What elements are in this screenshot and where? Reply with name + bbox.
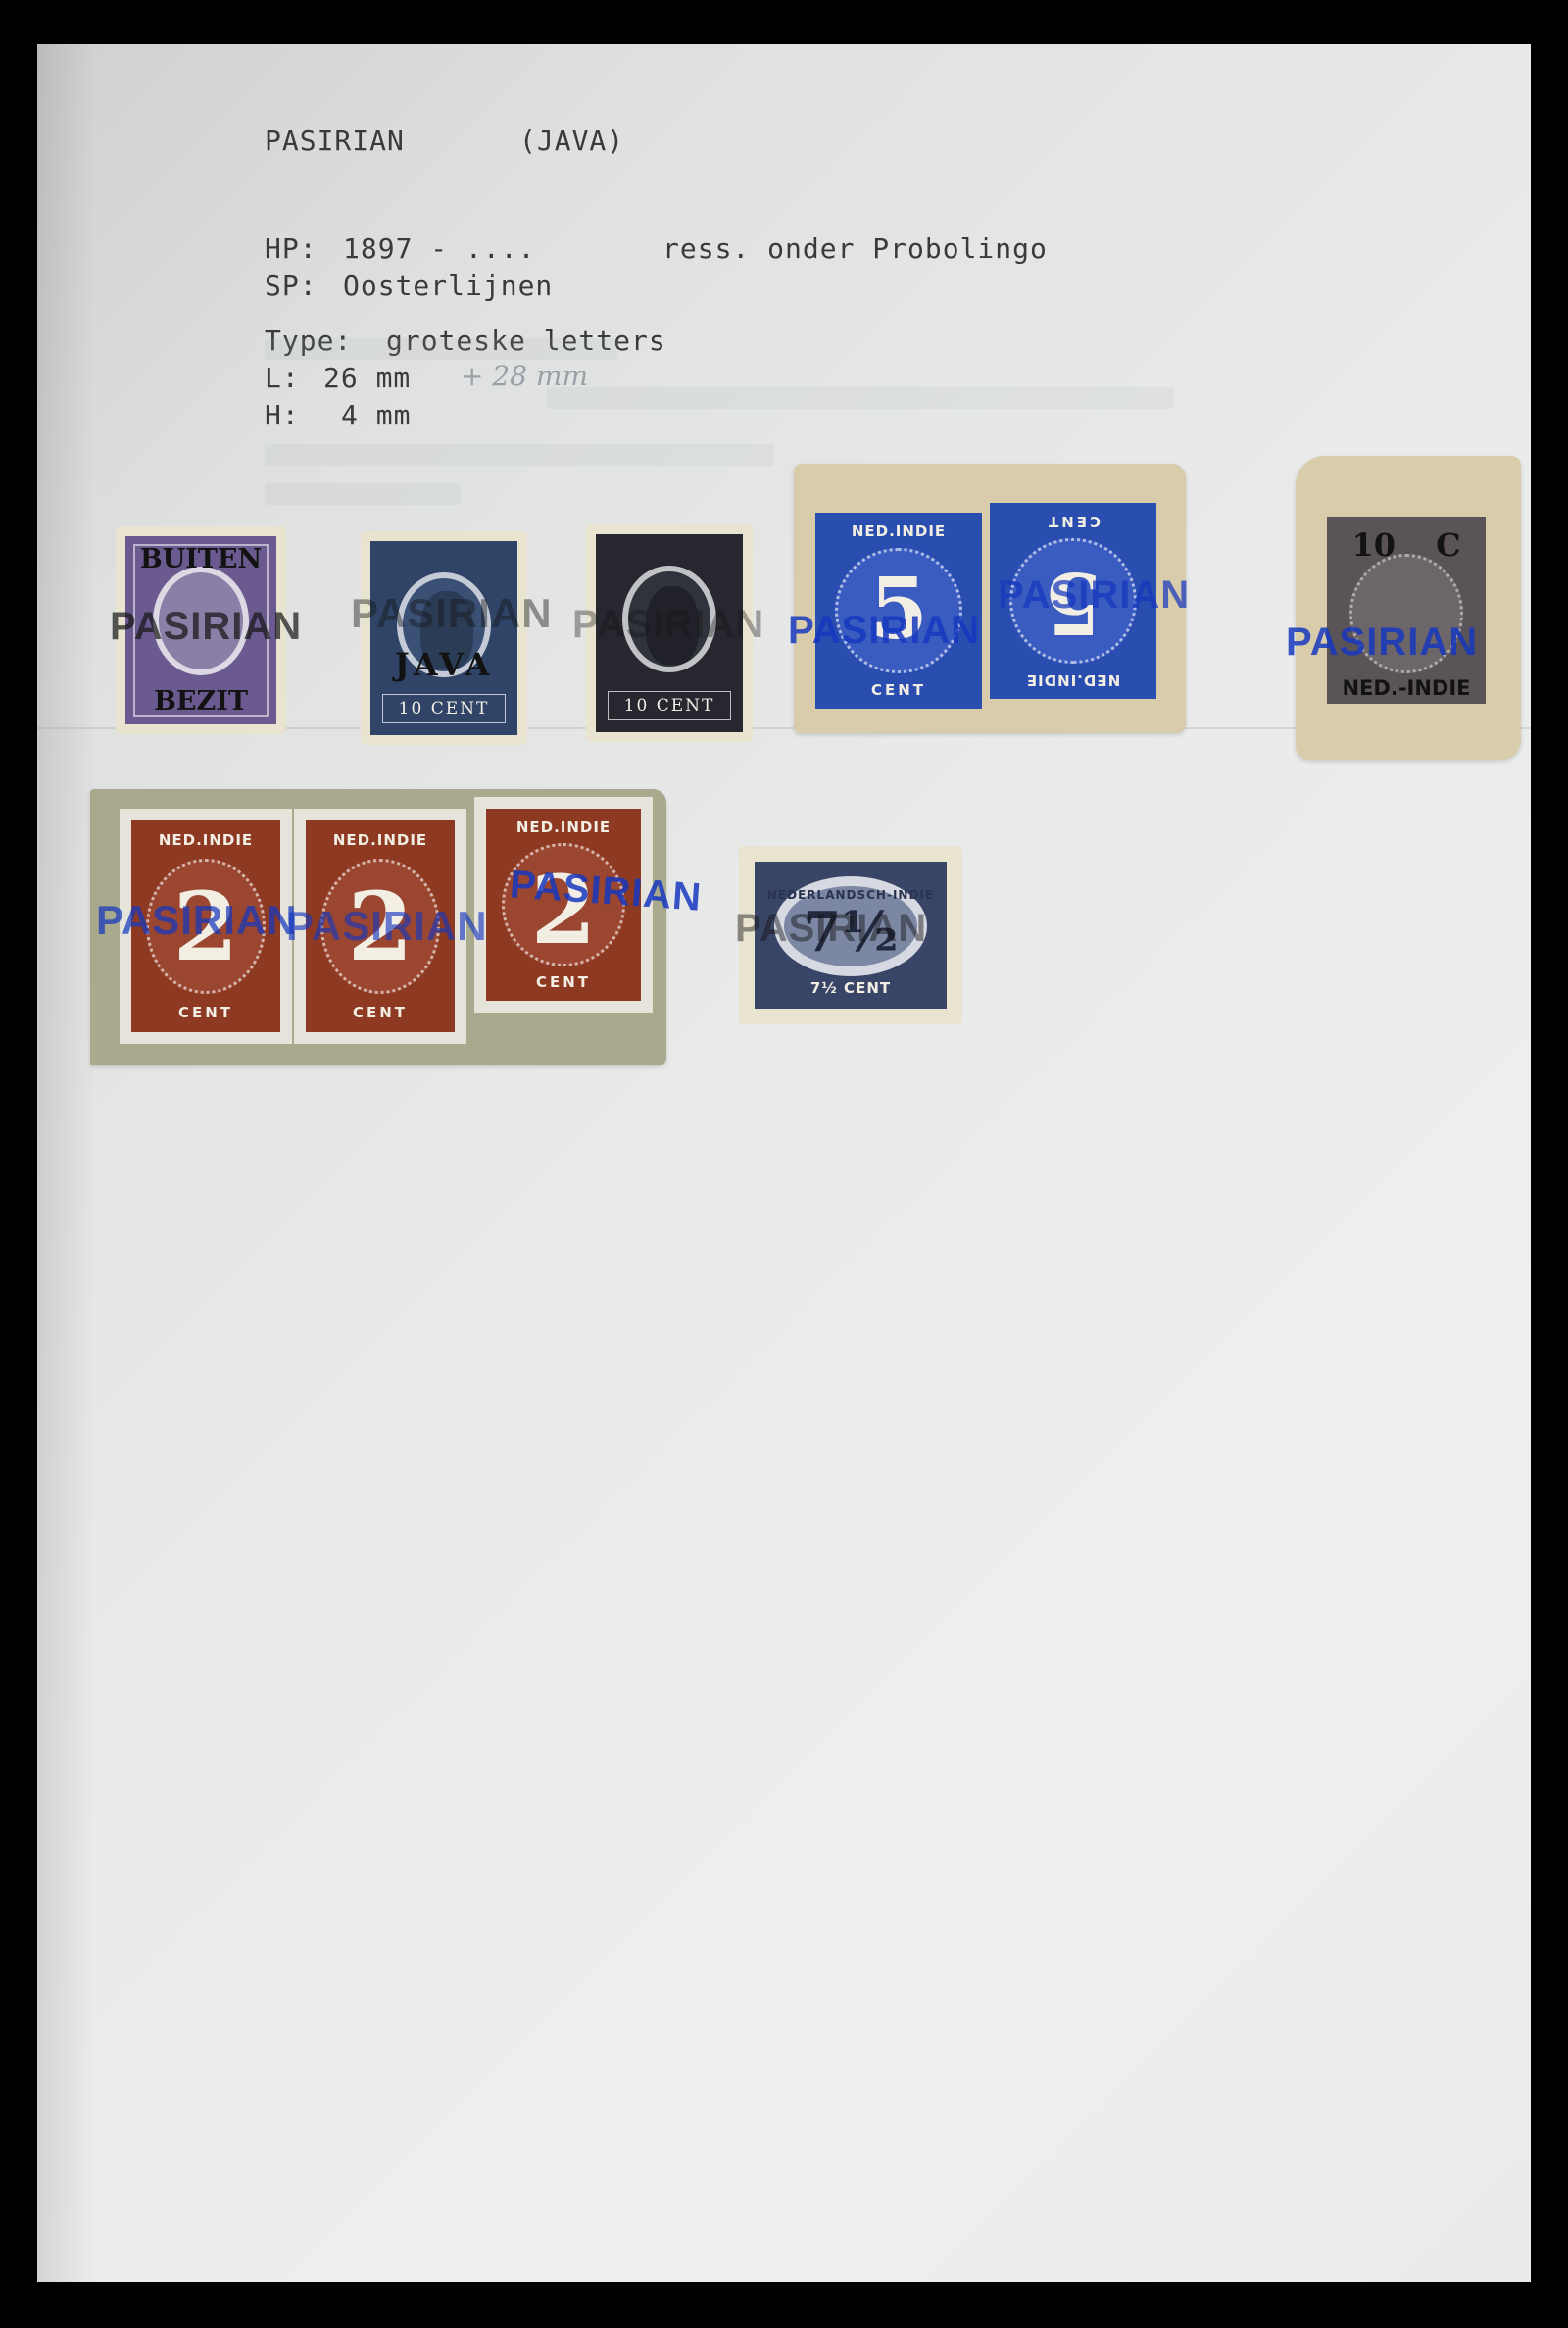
overprint-top: BUITEN — [125, 544, 276, 574]
stamp-denomination: CENT — [815, 681, 982, 699]
stamp-10-cent: 10 CENT PASIRIAN — [586, 524, 753, 742]
postmark: PASIRIAN — [1286, 620, 1478, 665]
show-through-text — [265, 483, 461, 505]
cover-piece-2-cent-strip: NED.INDIE 2 CENT NED.INDIE 2 CENT NED.IN… — [90, 789, 666, 1065]
stamp-10c-surcharge: 10 C NED.-INDIE — [1315, 505, 1497, 716]
cover-piece-10c-surcharge: 10 C NED.-INDIE PASIRIAN — [1296, 456, 1521, 760]
sp-label: SP: — [265, 270, 318, 302]
height-label: H: — [265, 399, 300, 431]
postmark: PASIRIAN — [286, 903, 488, 950]
stamp-country: NED.INDIE — [131, 831, 280, 849]
place-title: PASIRIAN — [265, 124, 405, 157]
stamp-design: 10 CENT JAVA — [370, 541, 517, 735]
show-through-text — [547, 387, 1174, 409]
hp-value: 1897 - .... — [343, 232, 535, 265]
stamp-5-cent: NED.INDIE 5 CENT — [815, 503, 982, 709]
stamp-design: 10 C NED.-INDIE — [1327, 517, 1486, 704]
overprint: JAVA — [370, 646, 517, 683]
stamp-country: NED.INDIE — [990, 671, 1156, 689]
postmark: PASIRIAN — [96, 897, 298, 944]
stamp-denomination: CENT — [990, 513, 1156, 530]
stamp-denomination: CENT — [131, 1004, 280, 1021]
hp-label: HP: — [265, 232, 318, 265]
overprint-bottom: BEZIT — [125, 686, 276, 717]
residency-note: ress. onder Probolingo — [662, 232, 1048, 265]
postmark: PASIRIAN — [572, 603, 764, 647]
stamp-7-half-cent: NEDERLANDSCH-INDIE 7½ 7½ CENT PASIRIAN — [739, 846, 962, 1024]
overprint-top: 10 C — [1327, 526, 1486, 564]
stamp-country: NED.INDIE — [306, 831, 455, 849]
region-title: (JAVA) — [519, 124, 624, 157]
overprint-bottom: NED.-INDIE — [1327, 676, 1486, 700]
postmark: PASIRIAN — [998, 573, 1190, 618]
show-through-text — [265, 444, 774, 466]
postmark: PASIRIAN — [788, 609, 980, 653]
stamp-country: NED.INDIE — [815, 522, 982, 540]
stamp-denomination: CENT — [486, 973, 641, 991]
stamp-denomination: CENT — [306, 1004, 455, 1021]
album-page: PASIRIAN (JAVA) HP: 1897 - .... ress. on… — [37, 44, 1531, 2282]
sp-value: Oosterlijnen — [343, 270, 553, 302]
value-text: 10 CENT — [382, 694, 506, 723]
postmark: PASIRIAN — [351, 590, 553, 637]
stamp-country: NED.INDIE — [486, 818, 641, 836]
height-value: 4 mm — [341, 399, 411, 431]
stamp-buiten-bezit: BUITEN BEZIT PASIRIAN — [116, 526, 286, 734]
length-label: L: — [265, 362, 300, 394]
page-shadow — [37, 44, 96, 2282]
stamp-10-cent-java: 10 CENT JAVA PASIRIAN — [361, 531, 527, 745]
value-text: 10 CENT — [608, 691, 731, 720]
length-value: 26 mm — [323, 362, 411, 394]
postmark: PASIRIAN — [110, 605, 302, 649]
stamp-denomination: 7½ CENT — [755, 979, 947, 997]
show-through-text — [265, 338, 617, 360]
cover-piece-5-cent-pair: NED.INDIE 5 CENT NED.INDIE 5 CENT PASIRI… — [794, 464, 1186, 733]
postmark: PASIRIAN — [735, 907, 927, 951]
